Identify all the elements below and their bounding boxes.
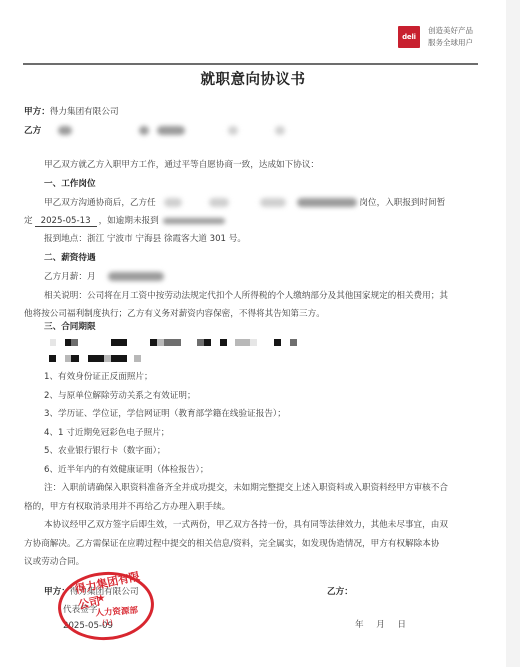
material-item-2: 2、与原单位解除劳动关系之有效证明； [44,389,196,401]
closing-line-3: 议或劳动合同。 [24,555,84,567]
redacted-text [164,198,182,207]
company-seal: 得力集团有限公司 ★ 人力资源部 (1) [56,569,157,644]
redacted-text [157,126,185,135]
material-item-5: 5、农业银行银行卡（数字面）； [44,444,165,456]
seal-star-icon: ★ [96,593,106,605]
closing-line-1: 本协议经甲乙双方签字后即生效，一式两份，甲乙双方各持一份，具有同等法律效力，其他… [44,518,448,530]
viewer-edge [506,0,520,667]
redacted-text [275,126,285,135]
seal-department: 人力资源部 [95,604,138,619]
materials-note-line-1: 注：入职前请确保入职资料准备齐全并成功提交，未如期完整提交上述入职资料或入职资料… [44,481,448,493]
signature-party-b: 乙方： [327,585,353,597]
document-page: deli 创造美好产品 服务全球用户 就职意向协议书 甲方：得力集团有限公司 乙… [0,0,506,667]
report-location: 报到地点：浙江 宁波市 宁海县 徐霞客大道 301 号。 [44,232,246,244]
party-b-line: 乙方 [24,124,285,136]
section-3-heading: 三、合同期限 [44,320,96,332]
redacted-text [228,126,238,135]
section-1-heading: 一、工作岗位 [44,177,96,189]
seal-number: (1) [102,618,113,628]
deli-logo-icon: deli [398,26,420,48]
section-1-line-1: 甲乙双方沟通协商后，乙方任 岗位，入职报到时间暂 [44,196,445,208]
intro-paragraph: 甲乙双方就乙方入职甲方工作，通过平等自愿协商一致，达成如下协议： [44,158,319,170]
closing-line-2: 方协商解决。乙方需保证在应聘过程中提交的相关信息/资料，完全属实，如发现伪造情况… [24,537,439,549]
material-item-1: 1、有效身份证正反面照片； [44,370,153,382]
redacted-text [163,218,225,224]
salary-note-line-2: 他将按公司福利制度执行；乙方有义务对薪资内容保密，不得将其告知第三方。 [24,307,325,319]
redacted-text [297,198,357,207]
materials-note-line-2: 格的，甲方有权取消录用并不再给乙方办理入职手续。 [24,500,230,512]
redacted-text [260,198,286,207]
header-divider [23,63,478,65]
redacted-text [58,126,72,135]
material-item-3: 3、学历证、学位证，学信网证明（教育部学籍在线验证报告）； [44,407,286,419]
material-item-6: 6、近半年内的有效健康证明（体检报告）； [44,463,208,475]
party-a-line: 甲方：得力集团有限公司 [24,105,119,117]
document-title: 就职意向协议书 [0,68,506,89]
section-2-heading: 二、薪资待遇 [44,251,96,263]
redacted-text [209,198,229,207]
salary-note-line-1: 相关说明：公司将在月工资中按劳动法规定代扣个人所得税的个人缴纳部分及其他国家规定… [44,289,448,301]
section-1-line-2: 定2025-05-13，如逾期未报到 [24,214,225,227]
party-b-sign-date: 年 月 日 [355,618,408,630]
slogan: 创造美好产品 服务全球用户 [428,25,473,49]
material-item-4: 4、1 寸近期免冠彩色电子照片； [44,426,169,438]
company-logo: deli 创造美好产品 服务全球用户 [398,25,473,49]
salary-line: 乙方月薪：月 [44,270,164,282]
redacted-text [139,126,149,135]
redacted-salary [108,272,164,281]
report-date: 2025-05-13 [35,216,97,227]
